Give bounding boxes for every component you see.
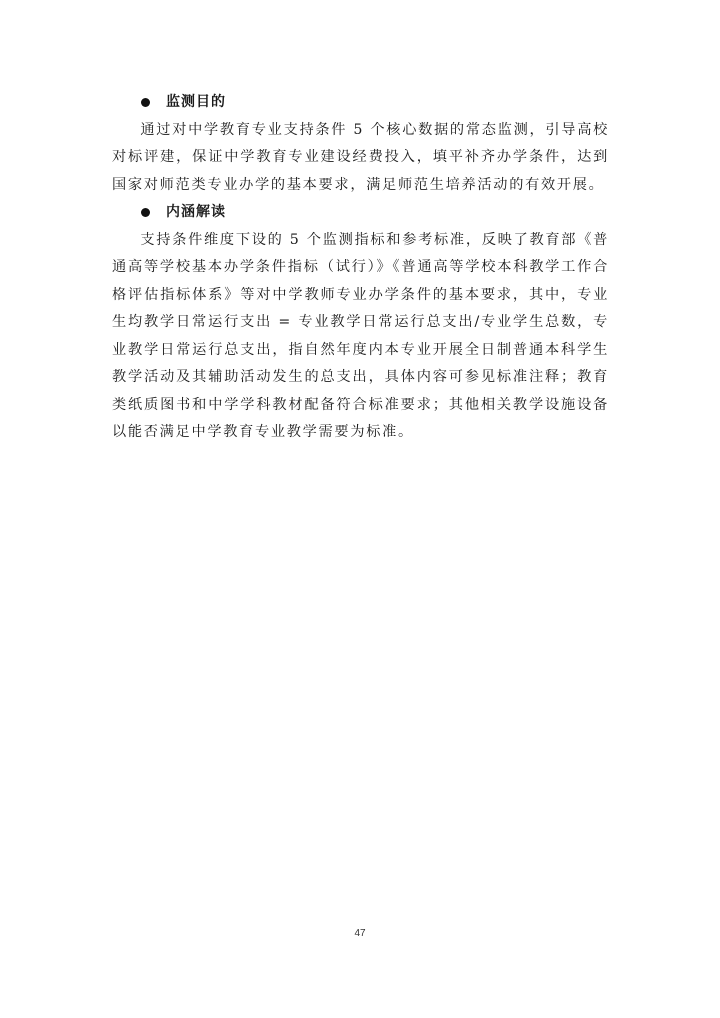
- page-number: 47: [0, 928, 720, 939]
- section-heading-interpretation: 内涵解读: [112, 199, 609, 227]
- paragraph-interpretation: 支持条件维度下设的 5 个监测指标和参考标准，反映了教育部《普通高等学校基本办学…: [112, 227, 609, 447]
- bullet-icon: [141, 98, 150, 107]
- heading-text: 内涵解读: [166, 199, 226, 227]
- paragraph-purpose: 通过对中学教育专业支持条件 5 个核心数据的常态监测，引导高校对标评建，保证中学…: [112, 117, 609, 200]
- section-heading-purpose: 监测目的: [112, 89, 609, 117]
- document-body: 监测目的 通过对中学教育专业支持条件 5 个核心数据的常态监测，引导高校对标评建…: [112, 89, 609, 447]
- heading-text: 监测目的: [166, 89, 226, 117]
- bullet-icon: [141, 208, 150, 217]
